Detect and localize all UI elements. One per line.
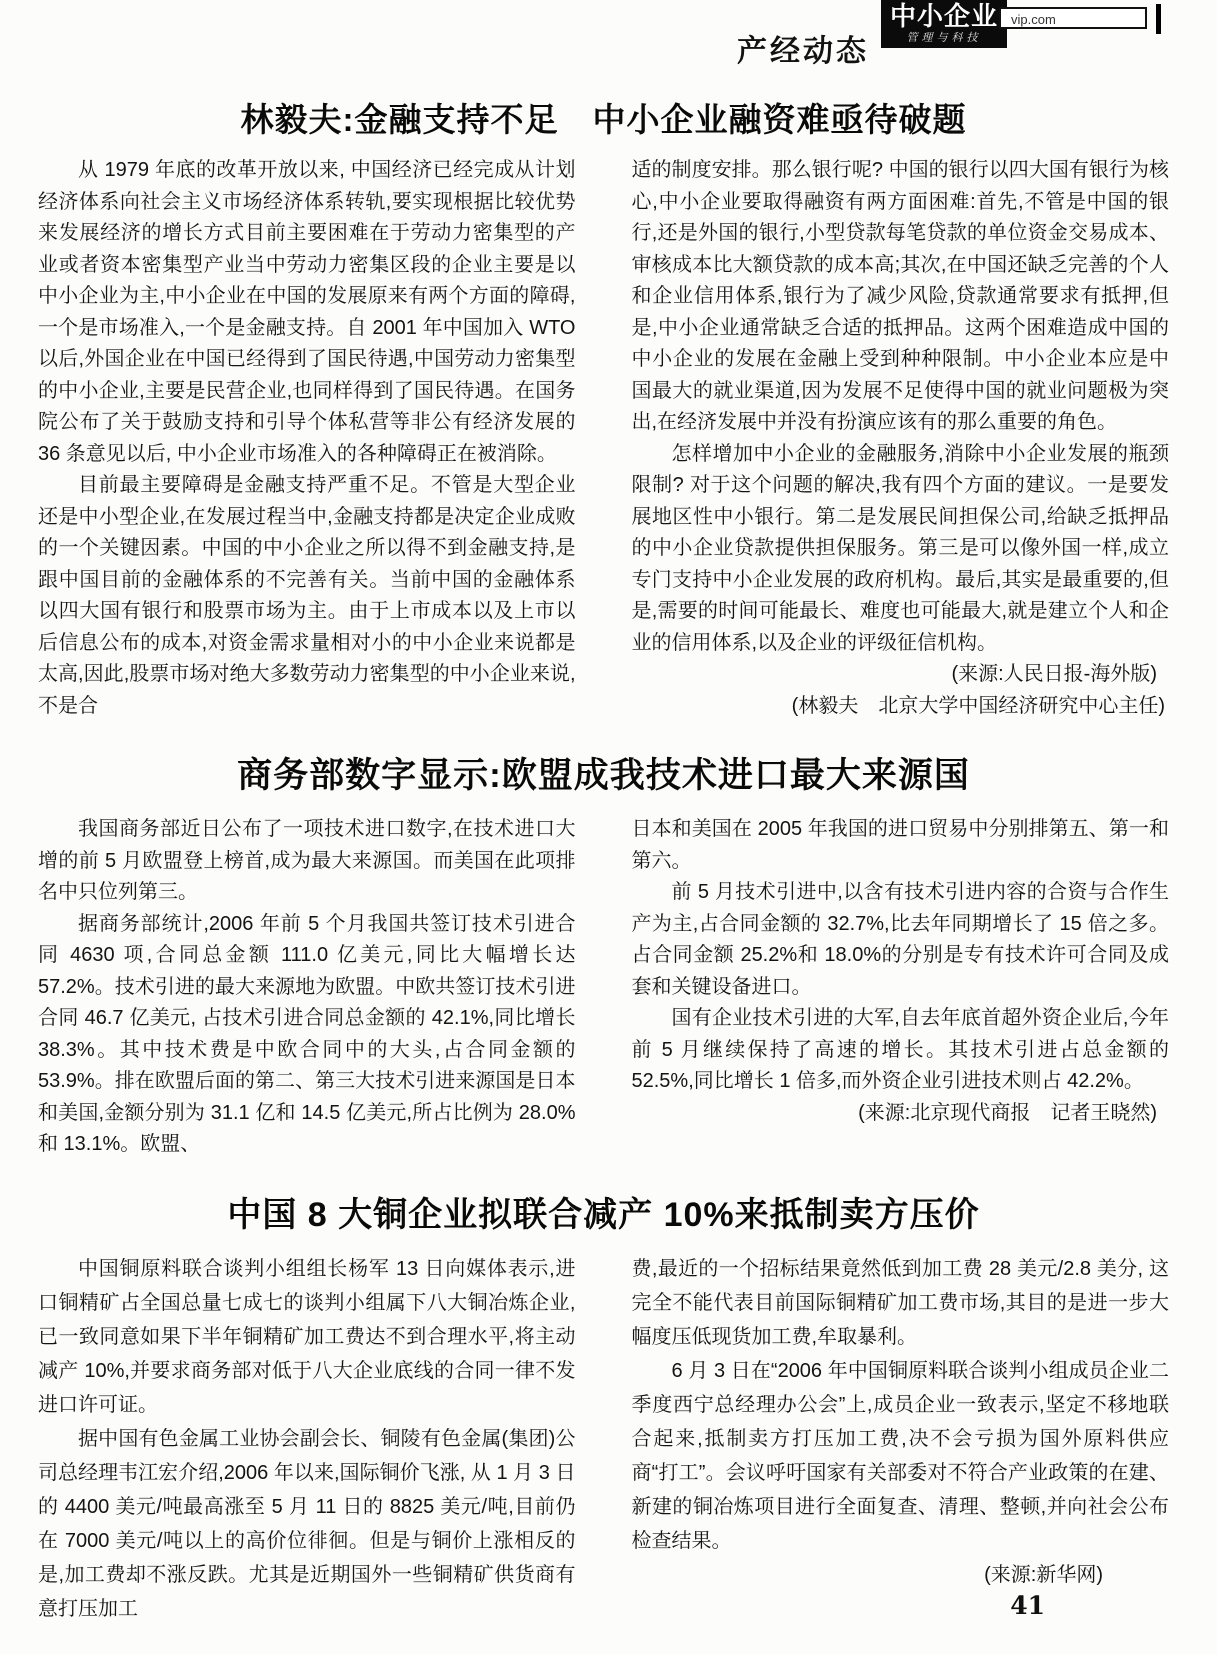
article-1-left-column: 从 1979 年底的改革开放以来, 中国经济已经完成从计划经济体系向社会主义市场… [38, 155, 576, 722]
article-paragraph: 从 1979 年底的改革开放以来, 中国经济已经完成从计划经济体系向社会主义市场… [38, 155, 576, 470]
article-paragraph: 怎样增加中小企业的金融服务,消除中小企业发展的瓶颈限制? 对于这个问题的解决,我… [632, 439, 1170, 660]
article-3-right-column: 费,最近的一个招标结果竟然低到加工费 28 美元/2.8 美分, 这完全不能代表… [632, 1252, 1170, 1626]
article-3-title: 中国 8 大铜企业拟联合减产 10%来抵制卖方压价 [38, 1187, 1169, 1236]
page-number: 41 [1010, 1591, 1045, 1620]
page-header: 产经动态 中小企业 管理与科技 vip.com [38, 0, 1169, 74]
watermark-box: vip.com [999, 7, 1147, 29]
article-paragraph: 日本和美国在 2005 年我国的进口贸易中分别排第五、第一和第六。 [632, 814, 1170, 877]
article-paragraph: 6 月 3 日在“2006 年中国铜原料联合谈判小组成员企业二季度西宁总经理办公… [632, 1354, 1170, 1558]
article-author: (林毅夫 北京大学中国经济研究中心主任) [632, 691, 1170, 723]
article-1-right-column: 适的制度安排。那么银行呢? 中国的银行以四大国有银行为核心,中小企业要取得融资有… [632, 155, 1170, 722]
journal-logo: 中小企业 管理与科技 [881, 0, 1007, 48]
page-edge-mark [1156, 4, 1161, 34]
article-1-columns: 从 1979 年底的改革开放以来, 中国经济已经完成从计划经济体系向社会主义市场… [38, 155, 1169, 722]
article-source: (来源:新华网) [632, 1558, 1170, 1592]
article-2-columns: 我国商务部近日公布了一项技术进口数字,在技术进口大增的前 5 月欧盟登上榜首,成… [38, 814, 1169, 1161]
article-paragraph: 据商务部统计,2006 年前 5 个月我国共签订技术引进合同 4630 项,合同… [38, 909, 576, 1161]
article-paragraph: 目前最主要障碍是金融支持严重不足。不管是大型企业还是中小型企业,在发展过程当中,… [38, 470, 576, 722]
article-paragraph: 前 5 月技术引进中,以含有技术引进内容的合资与合作生产为主,占合同金额的 32… [632, 877, 1170, 1003]
article-paragraph: 据中国有色金属工业协会副会长、铜陵有色金属(集团)公司总经理韦江宏介绍,2006… [38, 1422, 576, 1626]
article-3-left-column: 中国铜原料联合谈判小组组长杨军 13 日向媒体表示,进口铜精矿占全国总量七成七的… [38, 1252, 576, 1626]
article-eu-tech-import: 商务部数字显示:欧盟成我技术进口最大来源国 我国商务部近日公布了一项技术进口数字… [38, 748, 1169, 1161]
article-paragraph: 中国铜原料联合谈判小组组长杨军 13 日向媒体表示,进口铜精矿占全国总量七成七的… [38, 1252, 576, 1422]
article-source: (来源:北京现代商报 记者王晓然) [632, 1098, 1170, 1130]
article-1-title: 林毅夫:金融支持不足 中小企业融资难亟待破题 [38, 94, 1169, 141]
article-source: (来源:人民日报-海外版) [632, 659, 1170, 691]
section-label: 产经动态 [737, 26, 869, 70]
article-paragraph: 我国商务部近日公布了一项技术进口数字,在技术进口大增的前 5 月欧盟登上榜首,成… [38, 814, 576, 909]
article-paragraph: 费,最近的一个招标结果竟然低到加工费 28 美元/2.8 美分, 这完全不能代表… [632, 1252, 1170, 1354]
article-paragraph: 国有企业技术引进的大军,自去年底首超外资企业后,今年前 5 月继续保持了高速的增… [632, 1003, 1170, 1098]
journal-logo-title: 中小企业 [881, 3, 1007, 29]
journal-logo-subtitle: 管理与科技 [881, 33, 1007, 44]
article-lin-yifu: 林毅夫:金融支持不足 中小企业融资难亟待破题 从 1979 年底的改革开放以来,… [38, 94, 1169, 722]
article-2-title: 商务部数字显示:欧盟成我技术进口最大来源国 [38, 748, 1169, 798]
article-3-columns: 中国铜原料联合谈判小组组长杨军 13 日向媒体表示,进口铜精矿占全国总量七成七的… [38, 1252, 1169, 1626]
article-2-right-column: 日本和美国在 2005 年我国的进口贸易中分别排第五、第一和第六。 前 5 月技… [632, 814, 1170, 1161]
article-2-left-column: 我国商务部近日公布了一项技术进口数字,在技术进口大增的前 5 月欧盟登上榜首,成… [38, 814, 576, 1161]
magazine-page: 产经动态 中小企业 管理与科技 vip.com 林毅夫:金融支持不足 中小企业融… [0, 0, 1217, 1626]
article-paragraph: 适的制度安排。那么银行呢? 中国的银行以四大国有银行为核心,中小企业要取得融资有… [632, 155, 1170, 439]
article-copper-producers: 中国 8 大铜企业拟联合减产 10%来抵制卖方压价 中国铜原料联合谈判小组组长杨… [38, 1187, 1169, 1626]
